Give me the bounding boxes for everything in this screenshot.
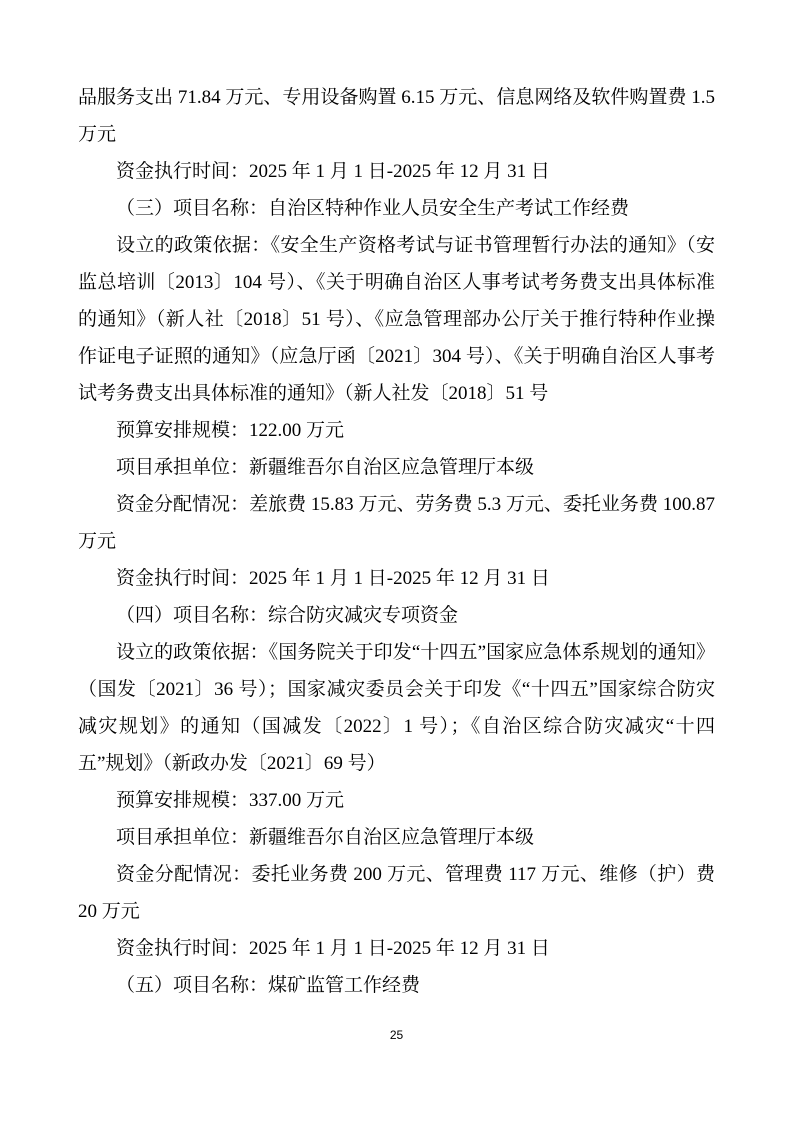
paragraph: 品服务支出 71.84 万元、专用设备购置 6.15 万元、信息网络及软件购置费… (78, 79, 715, 153)
paragraph: 资金执行时间：2025 年 1 月 1 日-2025 年 12 月 31 日 (78, 153, 715, 190)
paragraph: 设立的政策依据：《安全生产资格考试与证书管理暂行办法的通知》（安监总培训〔201… (78, 227, 715, 412)
paragraph: 预算安排规模：337.00 万元 (78, 782, 715, 819)
paragraph: （四）项目名称：综合防灾减灾专项资金 (78, 597, 715, 634)
paragraph: （三）项目名称：自治区特种作业人员安全生产考试工作经费 (78, 190, 715, 227)
paragraph: 资金分配情况：委托业务费 200 万元、管理费 117 万元、维修（护）费 20… (78, 856, 715, 930)
paragraph: 项目承担单位：新疆维吾尔自治区应急管理厅本级 (78, 819, 715, 856)
paragraph: 资金执行时间：2025 年 1 月 1 日-2025 年 12 月 31 日 (78, 560, 715, 597)
paragraph: 设立的政策依据：《国务院关于印发“十四五”国家应急体系规划的通知》（国发〔202… (78, 634, 715, 782)
document-body: 品服务支出 71.84 万元、专用设备购置 6.15 万元、信息网络及软件购置费… (78, 79, 715, 1004)
paragraph: 预算安排规模：122.00 万元 (78, 412, 715, 449)
paragraph: 资金分配情况：差旅费 15.83 万元、劳务费 5.3 万元、委托业务费 100… (78, 486, 715, 560)
paragraph: 项目承担单位：新疆维吾尔自治区应急管理厅本级 (78, 449, 715, 486)
paragraph: 资金执行时间：2025 年 1 月 1 日-2025 年 12 月 31 日 (78, 930, 715, 967)
paragraph: （五）项目名称：煤矿监管工作经费 (78, 967, 715, 1004)
document-page: 品服务支出 71.84 万元、专用设备购置 6.15 万元、信息网络及软件购置费… (0, 0, 793, 1122)
page-number: 25 (0, 1028, 793, 1042)
